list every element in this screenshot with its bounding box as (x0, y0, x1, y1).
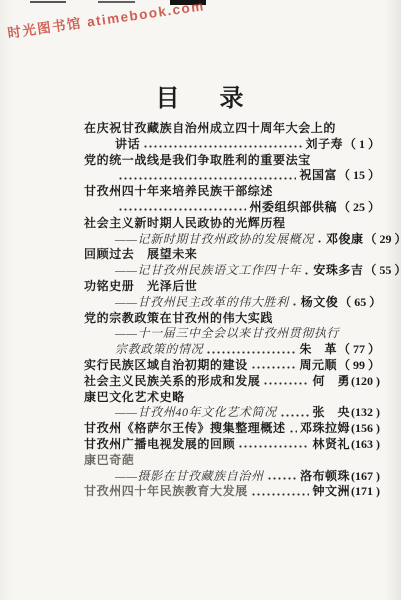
scan-artifact-mark (98, 1, 135, 3)
toc-entry: 实行民族区域自治初期的建设周元顺（ 99 ） (84, 358, 380, 374)
toc-entry: 回顾过去 展望未来 (84, 247, 380, 263)
toc-entry: 祝国富（ 15 ） (84, 168, 380, 184)
toc-entry-page: （ 29 ） (364, 232, 401, 248)
toc-entry: ——十一届三中全会以来甘孜州贯彻执行 (84, 326, 380, 342)
dot-leader (238, 444, 309, 449)
toc-entry: 党的统一战线是我们争取胜利的重要法宝 (84, 153, 380, 169)
toc-entry: ——记甘孜州民族语文工作四十年安珠多吉（ 55 ） (84, 263, 380, 279)
toc-entry-author: 邓俊康 (326, 232, 364, 248)
toc-entry: 甘孜州广播电视发展的回顾林贤礼(163 ) (84, 437, 380, 453)
scanned-page: 时光图书馆 atimebook.com 目 录 在庆祝甘孜藏族自治州成立四十周年… (0, 0, 401, 600)
toc-entry: 甘孜州四十年民族教育大发展钟文洲(171 ) (84, 484, 380, 500)
toc-entry-author: 周元顺 (299, 358, 337, 374)
toc-entry-author: 祝国富 (299, 168, 337, 184)
dot-leader (251, 365, 297, 370)
toc-entry-title: ——记甘孜州民族语文工作四十年 (84, 263, 301, 279)
toc-entry: ——记新时期甘孜州政协的发展概况邓俊康（ 29 ） (84, 232, 380, 248)
toc-entry-title: 甘孜州广播电视发展的回顾 (84, 437, 235, 453)
dot-leader (280, 413, 310, 418)
toc-entry-title: 甘孜州四十年民族教育大发展 (84, 484, 248, 500)
scan-artifact-mark (30, 1, 66, 3)
toc-entry: 社会主义民族关系的形成和发展何 勇(120 ) (84, 374, 380, 390)
dot-leader (206, 350, 296, 355)
toc-entry: 宗教政策的情况朱 革（ 77 ） (84, 342, 380, 358)
toc-entry-page: （ 55 ） (364, 263, 401, 279)
toc-entry-title: 功铭史册 光泽后世 (84, 279, 197, 295)
toc-entry-page: （ 65 ） (339, 295, 381, 311)
toc-entry-author: 洛布顿珠 (300, 469, 350, 485)
toc-entry: 讲话刘子寿（ 1 ） (84, 137, 380, 153)
toc-entry-author: 安珠多吉 (313, 263, 363, 279)
toc-entry-page: (120 ) (351, 374, 380, 390)
dot-leader (118, 207, 246, 212)
dot-leader (267, 476, 297, 481)
toc-entry-author: 杨文俊 (301, 295, 339, 311)
toc-entry-title: 回顾过去 展望未来 (84, 247, 197, 263)
library-watermark: 时光图书馆 atimebook.com (6, 0, 206, 42)
toc-entry: ——甘孜州40年文化艺术简况张 央(132 ) (84, 405, 380, 421)
toc-entry-author: 刘子寿 (305, 137, 343, 153)
toc-entry-page: （ 99 ） (338, 358, 380, 374)
toc-entry-author: 何 勇 (312, 374, 350, 390)
toc-entry-author: 邓珠拉姆 (300, 421, 350, 437)
toc-entry-title: 在庆祝甘孜藏族自治州成立四十周年大会上的 (84, 121, 336, 137)
toc-entry-title: ——甘孜州民主改革的伟大胜利 (84, 295, 289, 311)
dot-leader (317, 239, 323, 244)
toc-entry: ——甘孜州民主改革的伟大胜利杨文俊（ 65 ） (84, 295, 380, 311)
toc-entry-title: 讲话 (84, 137, 140, 153)
toc-entry-author: 林贤礼 (312, 437, 350, 453)
toc-entry-page: (156 ) (351, 421, 380, 437)
toc-entry: 甘孜州《格萨尔王传》搜集整理概述邓珠拉姆(156 ) (84, 421, 380, 437)
toc-entry-page: （ 15 ） (338, 168, 380, 184)
toc-entry-title: 宗教政策的情况 (84, 342, 203, 358)
toc-entry-page: (171 ) (351, 484, 380, 500)
dot-leader (251, 492, 310, 497)
toc-entry-author: 张 央 (312, 405, 350, 421)
dot-leader (292, 302, 298, 307)
toc-entry: 社会主义新时期人民政协的光辉历程 (84, 216, 380, 232)
toc-entry-title: ——摄影在甘孜藏族自治州 (84, 469, 264, 485)
toc-entry: 功铭史册 光泽后世 (84, 279, 380, 295)
page-title: 目 录 (0, 78, 401, 113)
toc-entry-title: ——甘孜州40年文化艺术简况 (84, 405, 277, 421)
toc-entry-title: 社会主义新时期人民政协的光辉历程 (84, 216, 286, 232)
toc-entry-title: 甘孜州《格萨尔王传》搜集整理概述 (84, 421, 286, 437)
toc-entry-author: 朱 革 (299, 342, 337, 358)
toc-entry-title: 实行民族区域自治初期的建设 (84, 358, 248, 374)
toc-entry-title: 甘孜州四十年来培养民族干部综述 (84, 184, 273, 200)
toc-entry-title: 党的统一战线是我们争取胜利的重要法宝 (84, 153, 311, 169)
toc-entry-title: 康巴奇葩 (84, 453, 134, 469)
dot-leader (263, 381, 309, 386)
toc-entry-title: 社会主义民族关系的形成和发展 (84, 374, 260, 390)
toc-entry: 康巴奇葩 (84, 453, 380, 469)
toc-entry-title: ——记新时期甘孜州政协的发展概况 (84, 232, 314, 248)
toc-entry-author: 州委组织部供稿 (249, 200, 337, 216)
toc-entry-page: (132 ) (351, 405, 380, 421)
toc-entry-page: (163 ) (351, 437, 380, 453)
toc-entry-author: 钟文洲 (312, 484, 350, 500)
toc-entry-title: 党的宗教政策在甘孜州的伟大实践 (84, 311, 273, 327)
dot-leader (118, 176, 296, 181)
toc-entry-page: （ 25 ） (338, 200, 380, 216)
toc-entry: 在庆祝甘孜藏族自治州成立四十周年大会上的 (84, 121, 380, 137)
toc-entry: 党的宗教政策在甘孜州的伟大实践 (84, 311, 380, 327)
dot-leader (289, 429, 297, 434)
table-of-contents: 在庆祝甘孜藏族自治州成立四十周年大会上的讲话刘子寿（ 1 ）党的统一战线是我们争… (84, 121, 380, 500)
toc-entry-title: 康巴文化艺术史略 (84, 390, 185, 406)
toc-entry: ——摄影在甘孜藏族自治州洛布顿珠(167 ) (84, 469, 380, 485)
toc-entry: 州委组织部供稿（ 25 ） (84, 200, 380, 216)
toc-entry: 康巴文化艺术史略 (84, 390, 380, 406)
toc-entry-page: （ 1 ） (344, 137, 380, 153)
dot-leader (304, 271, 310, 276)
toc-entry: 甘孜州四十年来培养民族干部综述 (84, 184, 380, 200)
toc-entry-title: ——十一届三中全会以来甘孜州贯彻执行 (84, 326, 339, 342)
toc-entry-page: （ 77 ） (338, 342, 380, 358)
toc-entry-page: (167 ) (351, 469, 380, 485)
dot-leader (143, 144, 302, 149)
